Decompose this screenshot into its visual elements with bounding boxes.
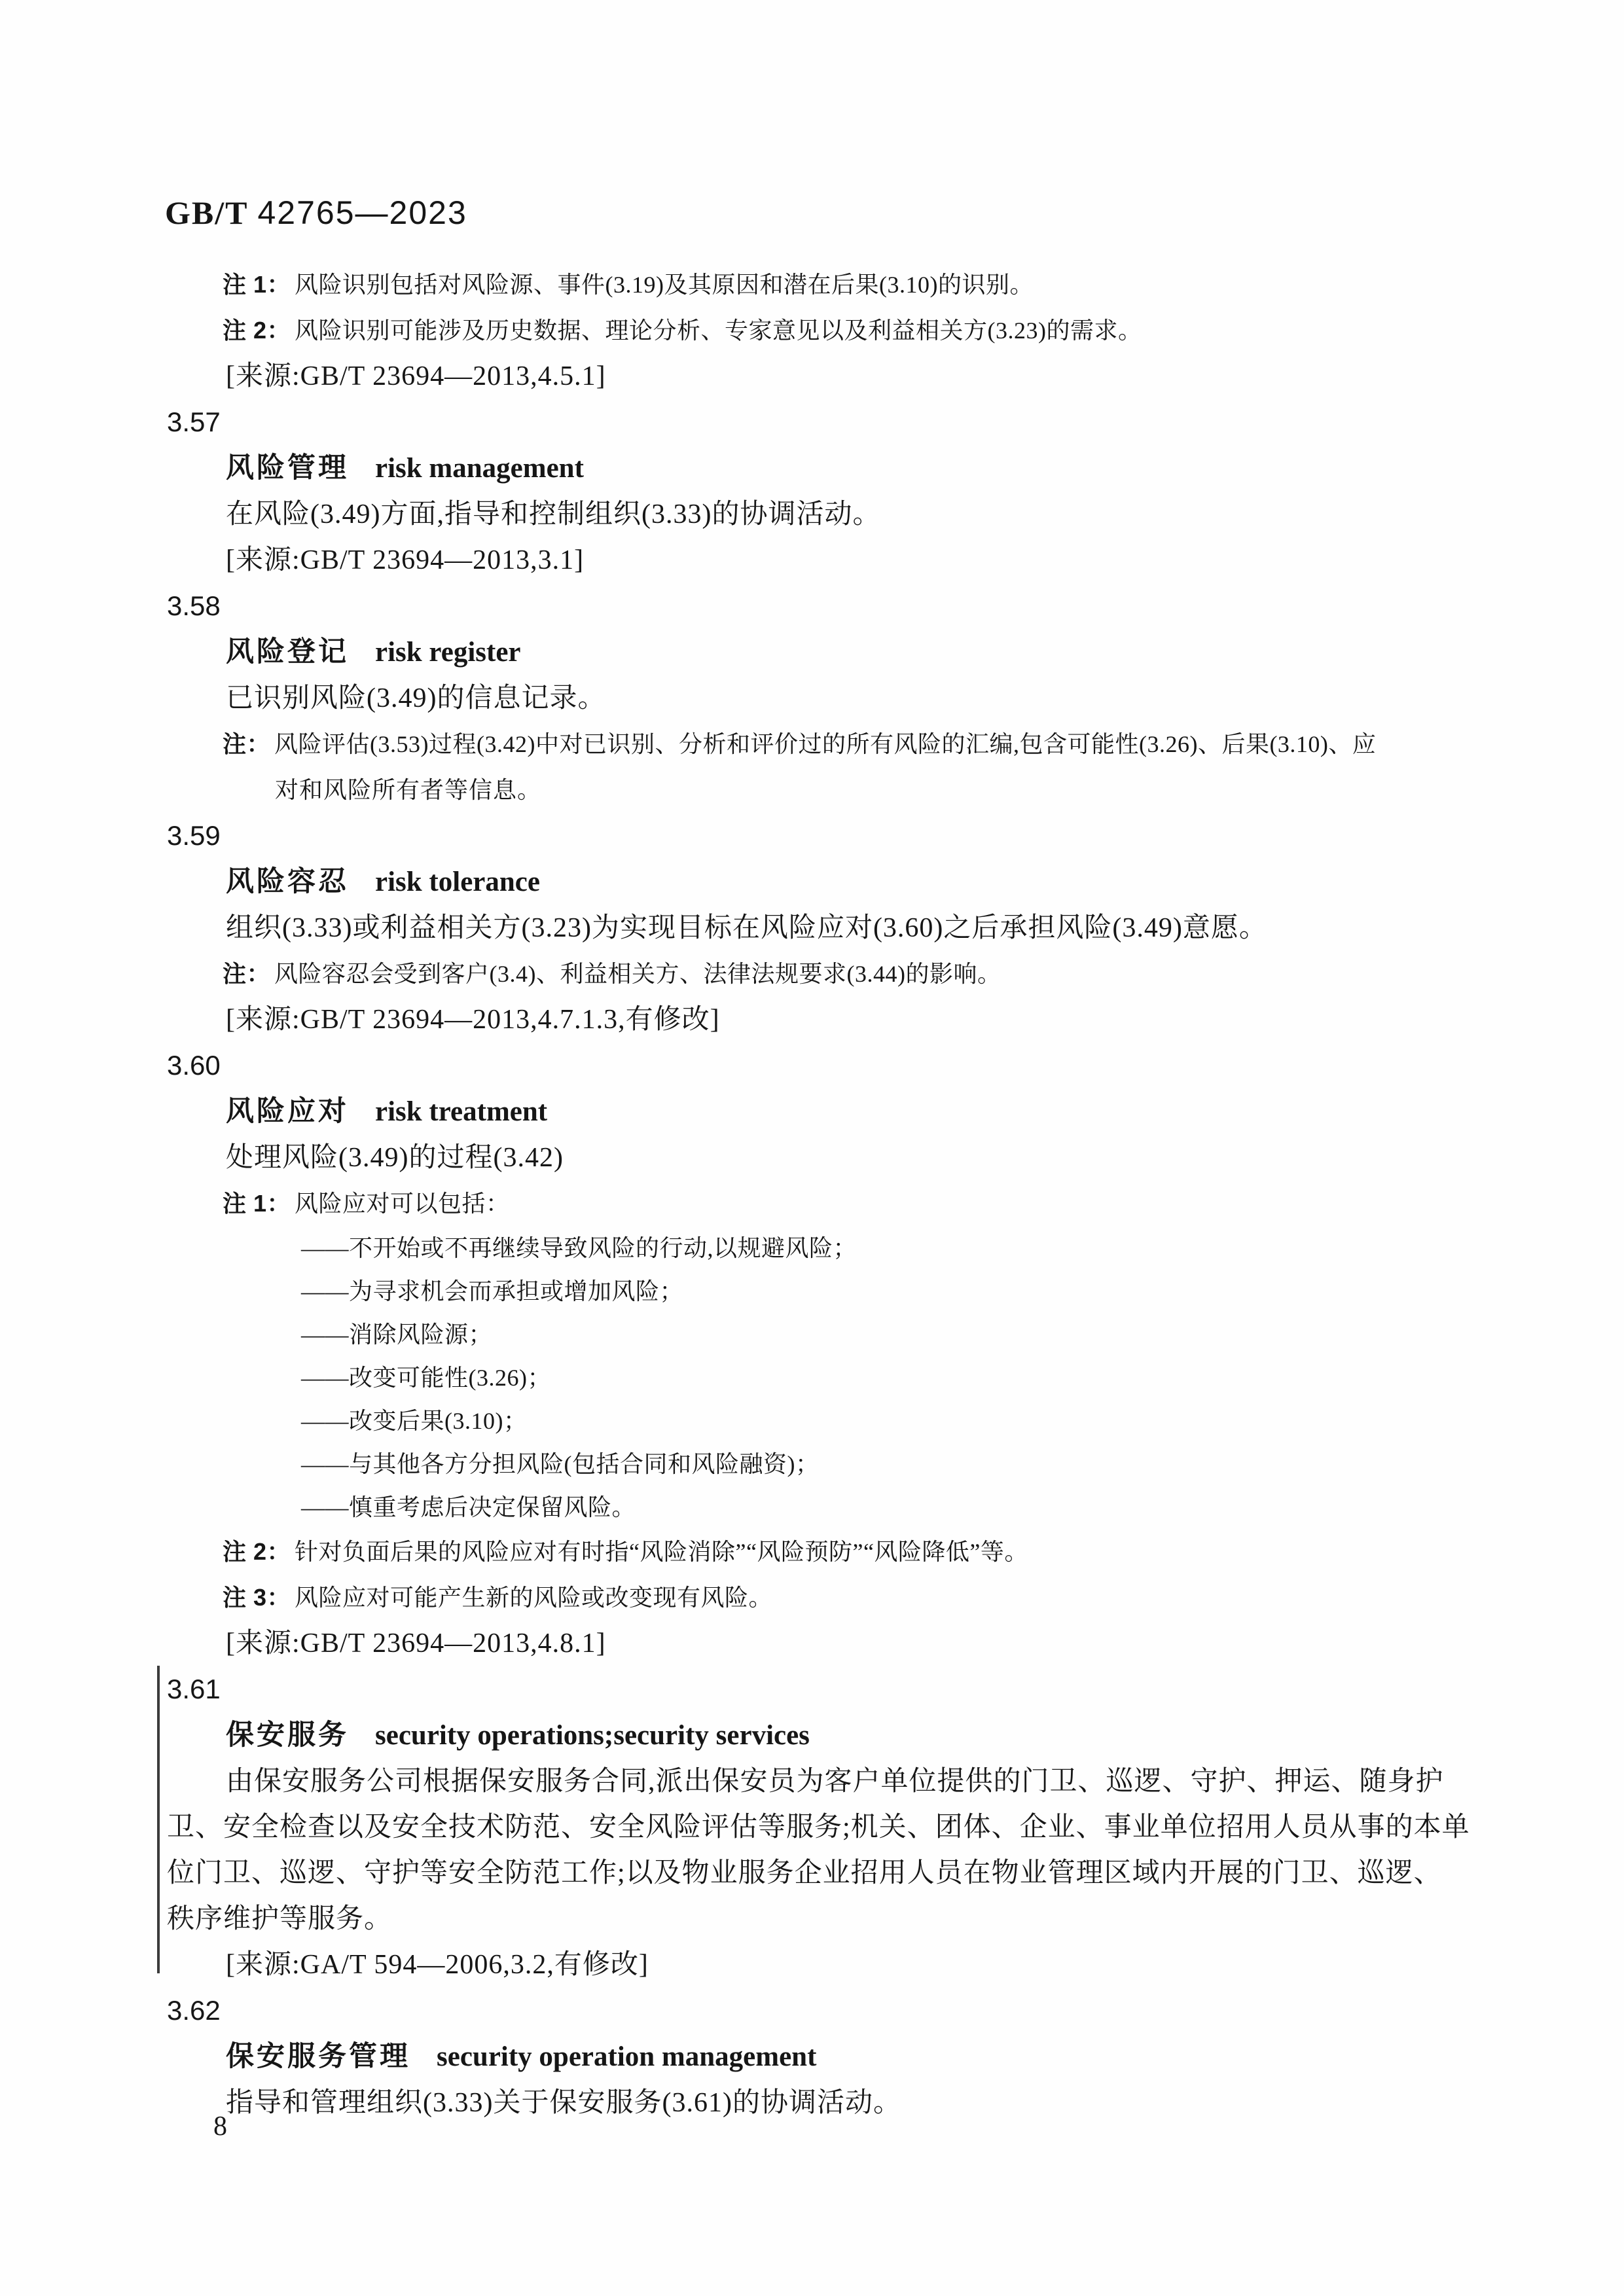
clause-number: 3.57 (167, 399, 1476, 445)
term-en: risk treatment (375, 1096, 547, 1127)
note-text: 风险应对可以包括： (295, 1191, 510, 1217)
definition-continuation-line: 秩序维护等服务。 (167, 1896, 1476, 1942)
clause-number: 3.60 (167, 1043, 1476, 1088)
standard-number: 42765—2023 (257, 194, 467, 231)
clause-number: 3.62 (167, 1988, 1476, 2034)
definition-line: 已识别风险(3.49)的信息记录。 (226, 675, 1476, 721)
note-text: 风险评估(3.53)过程(3.42)中对已识别、分析和评价过的所有风险的汇编,包… (274, 731, 1376, 757)
term-zh: 风险管理 (226, 452, 349, 484)
source-line: [来源:GB/T 23694—2013,4.8.1] (226, 1621, 1476, 1666)
source-line: [来源:GB/T 23694—2013,3.1] (226, 537, 1476, 583)
clause-number: 3.61 (167, 1666, 1476, 1712)
term-zh: 风险应对 (226, 1096, 349, 1127)
dash-item: ——消除风险源； (301, 1313, 1476, 1356)
note-label: 注 2： (223, 317, 291, 344)
term-zh: 风险容忍 (226, 866, 349, 897)
note-line: 注 3：风险应对可能产生新的风险或改变现有风险。 (223, 1575, 1476, 1621)
term-zh: 保安服务 (226, 1719, 349, 1751)
source-line: [来源:GA/T 594—2006,3.2,有修改] (226, 1942, 1476, 1988)
term-en: security operations;security services (375, 1720, 810, 1751)
note-label: 注： (223, 960, 270, 987)
dash-item: ——不开始或不再继续导致风险的行动,以规避风险； (301, 1227, 1476, 1270)
term-line: 风险登记risk register (226, 629, 1476, 675)
dash-item: ——改变后果(3.10)； (301, 1399, 1476, 1443)
note-line: 注 1：风险识别包括对风险源、事件(3.19)及其原因和潜在后果(3.10)的识… (223, 262, 1476, 308)
definition-line: 处理风险(3.49)的过程(3.42) (226, 1135, 1476, 1181)
definition-line: 由保安服务公司根据保安服务合同,派出保安员为客户单位提供的门卫、巡逻、守护、押运… (226, 1759, 1476, 1804)
source-line: [来源:GB/T 23694—2013,4.7.1.3,有修改] (226, 997, 1476, 1043)
term-en: security operation management (437, 2041, 816, 2072)
note-text: 风险识别可能涉及历史数据、理论分析、专家意见以及利益相关方(3.23)的需求。 (295, 317, 1142, 344)
term-en: risk tolerance (375, 867, 540, 897)
page-content: 注 1：风险识别包括对风险源、事件(3.19)及其原因和潜在后果(3.10)的识… (167, 262, 1476, 2126)
note-text: 风险识别包括对风险源、事件(3.19)及其原因和潜在后果(3.10)的识别。 (295, 272, 1034, 298)
revision-change-bar (157, 1666, 160, 1973)
standard-number-header: GB/T42765—2023 (165, 194, 467, 232)
dash-item: ——改变可能性(3.26)； (301, 1356, 1476, 1399)
note-label: 注： (223, 730, 270, 757)
clause-number: 3.59 (167, 813, 1476, 859)
term-line: 风险应对risk treatment (226, 1088, 1476, 1135)
document-page: GB/T42765—2023 注 1：风险识别包括对风险源、事件(3.19)及其… (0, 0, 1624, 2296)
note-line: 注：风险评估(3.53)过程(3.42)中对已识别、分析和评价过的所有风险的汇编… (223, 721, 1476, 767)
note-line: 注 1：风险应对可以包括： (223, 1181, 1476, 1227)
standard-prefix: GB/T (165, 194, 248, 231)
source-line: [来源:GB/T 23694—2013,4.5.1] (226, 353, 1476, 399)
definition-line: 指导和管理组织(3.33)关于保安服务(3.61)的协调活动。 (226, 2080, 1476, 2126)
page-number: 8 (213, 2104, 227, 2149)
term-line: 保安服务管理security operation management (226, 2034, 1476, 2080)
note-line: 注：风险容忍会受到客户(3.4)、利益相关方、法律法规要求(3.44)的影响。 (223, 951, 1476, 997)
term-zh: 风险登记 (226, 636, 349, 668)
note-label: 注 3： (223, 1584, 291, 1611)
term-zh: 保安服务管理 (226, 2041, 410, 2072)
term-line: 风险容忍risk tolerance (226, 859, 1476, 905)
note-continuation-line: 对和风险所有者等信息。 (275, 767, 1476, 813)
definition-continuation-line: 位门卫、巡逻、守护等安全防范工作;以及物业服务企业招用人员在物业管理区域内开展的… (167, 1850, 1476, 1896)
dash-item: ——与其他各方分担风险(包括合同和风险融资)； (301, 1443, 1476, 1486)
term-line: 保安服务security operations;security service… (226, 1712, 1476, 1759)
term-en: risk register (375, 637, 521, 668)
term-line: 风险管理risk management (226, 445, 1476, 492)
dash-item: ——为寻求机会而承担或增加风险； (301, 1270, 1476, 1313)
definition-line: 在风险(3.49)方面,指导和控制组织(3.33)的协调活动。 (226, 492, 1476, 537)
note-text: 针对负面后果的风险应对有时指“风险消除”“风险预防”“风险降低”等。 (295, 1539, 1028, 1565)
note-text: 风险容忍会受到客户(3.4)、利益相关方、法律法规要求(3.44)的影响。 (274, 961, 1001, 987)
note-label: 注 1： (223, 1190, 291, 1217)
note-line: 注 2：风险识别可能涉及历史数据、理论分析、专家意见以及利益相关方(3.23)的… (223, 308, 1476, 353)
note-text: 风险应对可能产生新的风险或改变现有风险。 (295, 1585, 772, 1611)
clause-number: 3.58 (167, 583, 1476, 629)
definition-line: 组织(3.33)或利益相关方(3.23)为实现目标在风险应对(3.60)之后承担… (226, 905, 1476, 951)
note-label: 注 1： (223, 271, 291, 298)
term-en: risk management (375, 453, 584, 484)
note-label: 注 2： (223, 1538, 291, 1565)
definition-continuation-line: 卫、安全检查以及安全技术防范、安全风险评估等服务;机关、团体、企业、事业单位招用… (167, 1804, 1476, 1850)
note-line: 注 2：针对负面后果的风险应对有时指“风险消除”“风险预防”“风险降低”等。 (223, 1529, 1476, 1575)
dash-item: ——慎重考虑后决定保留风险。 (301, 1486, 1476, 1529)
